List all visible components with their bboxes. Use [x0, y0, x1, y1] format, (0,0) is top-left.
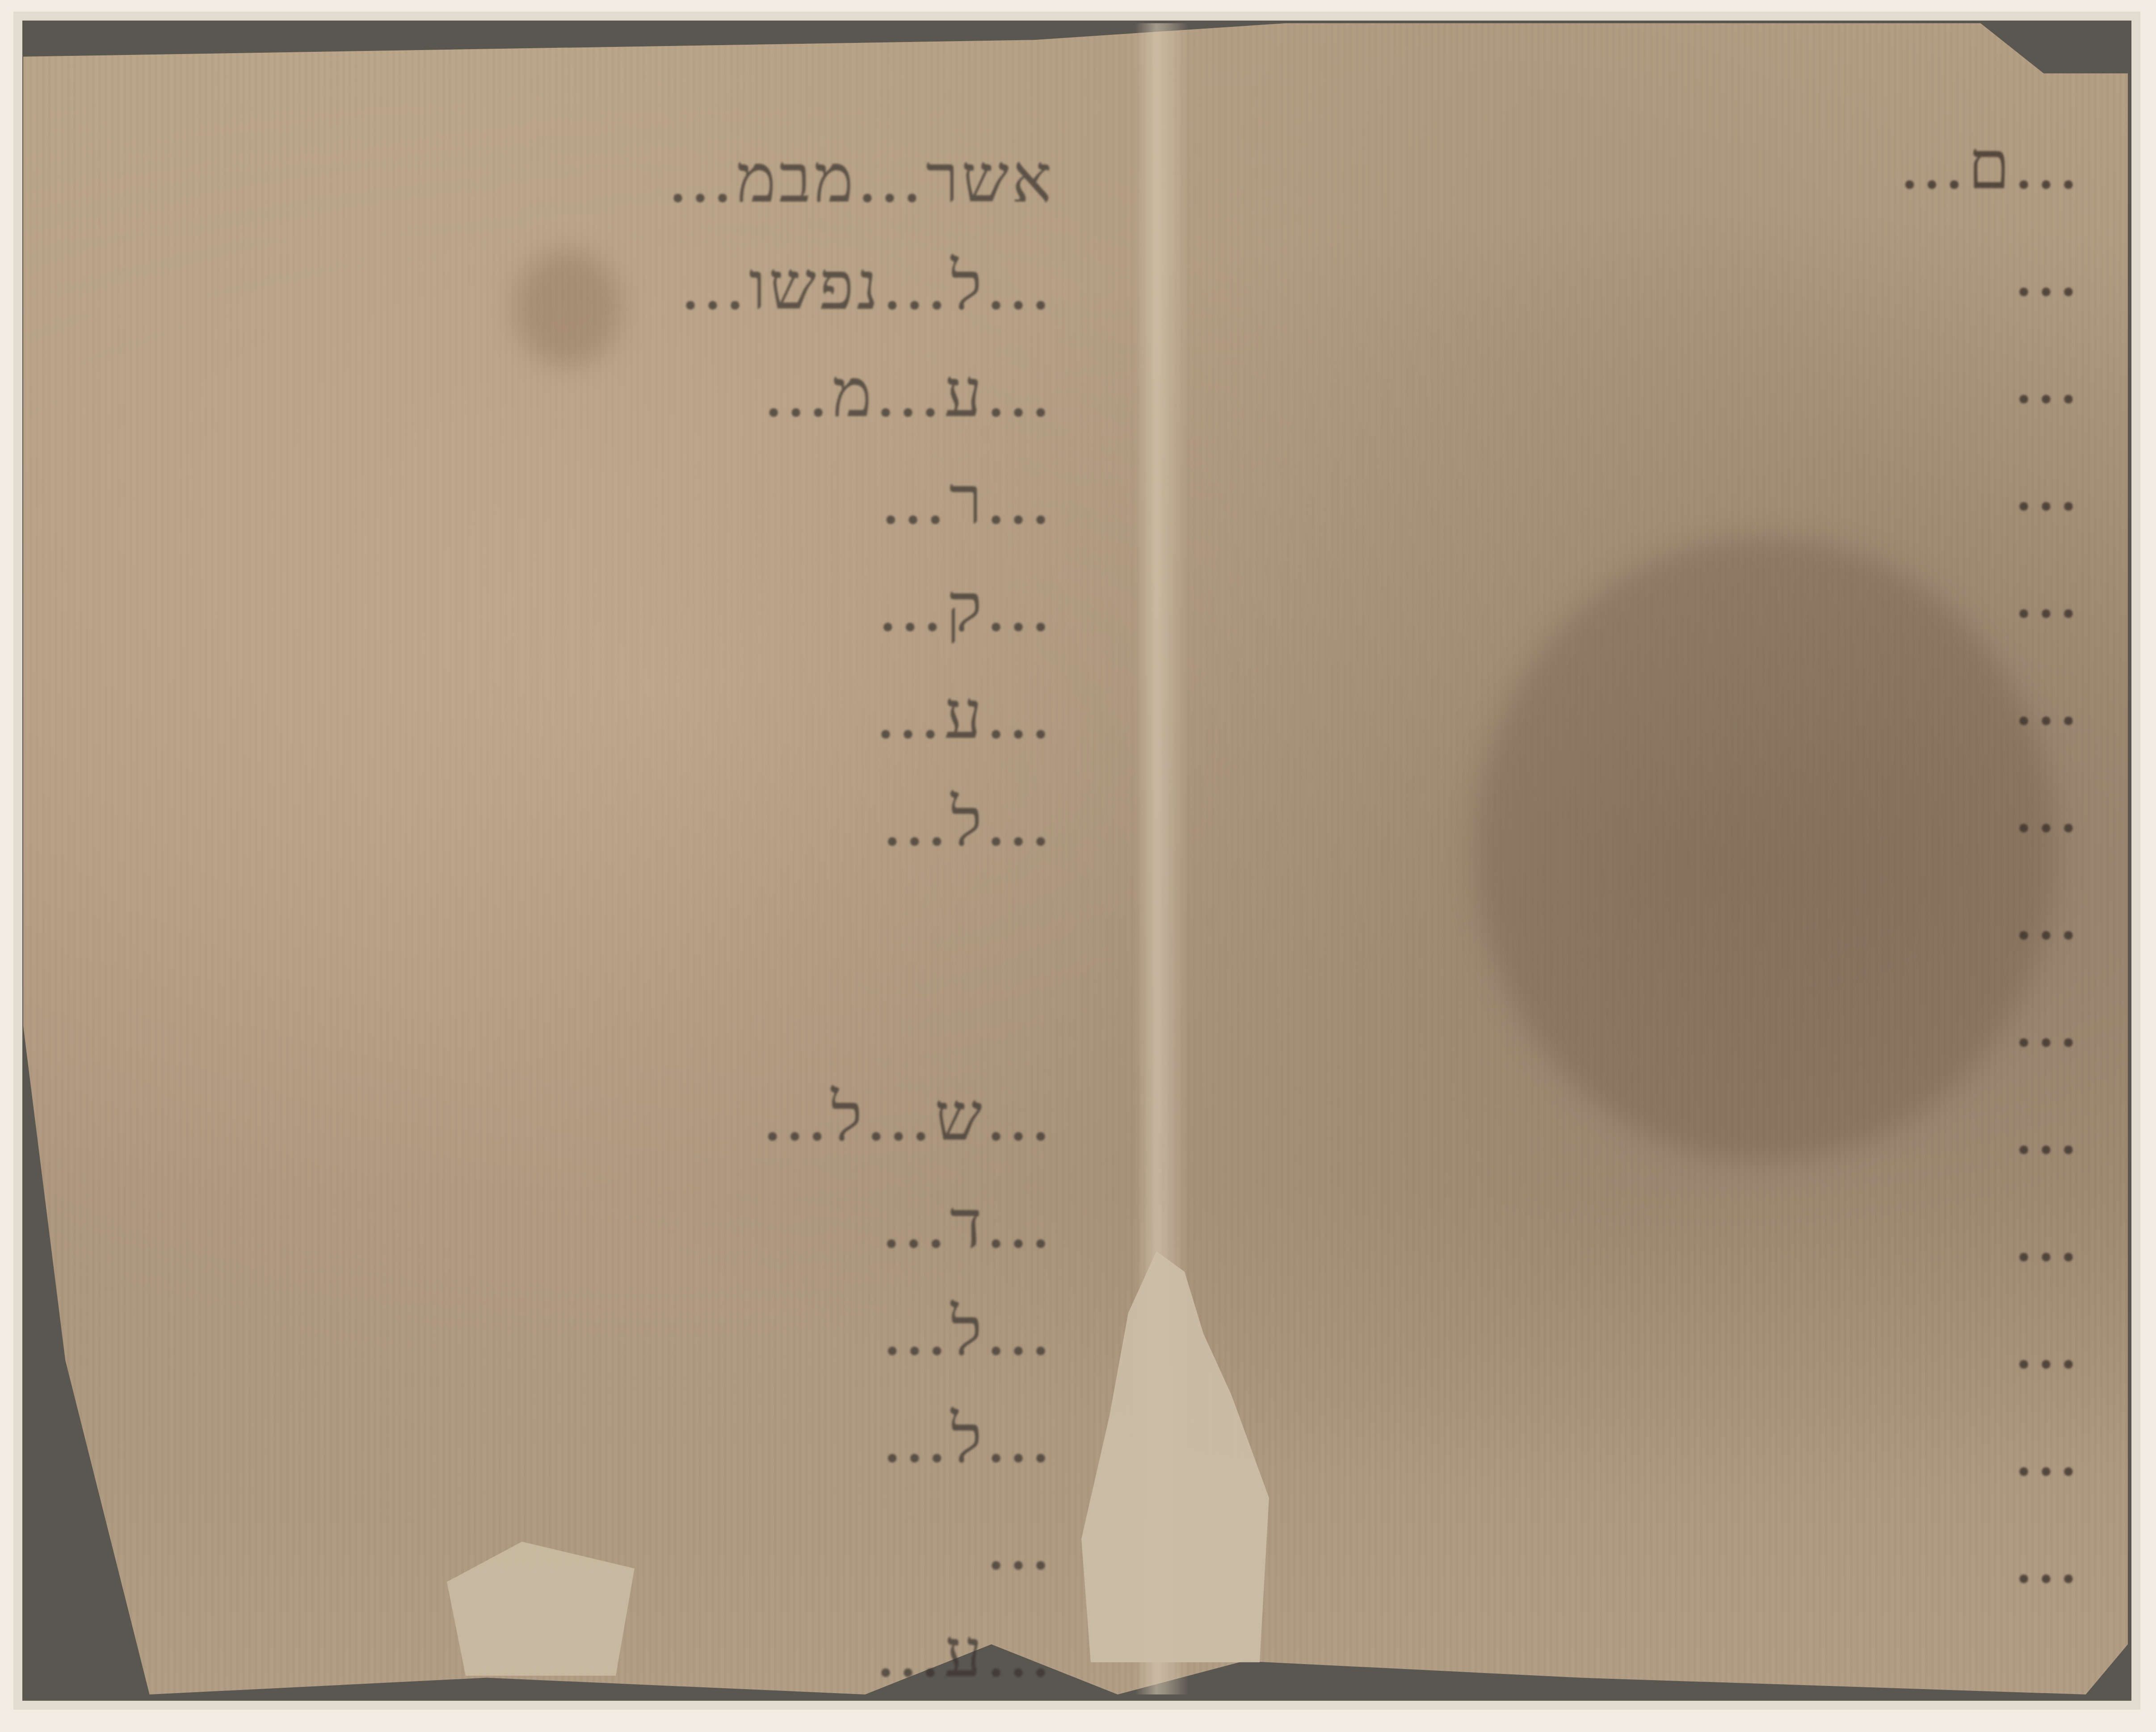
text-column-left: אשר…מבמ… …ל…נפשו… …ע…מ… …ר… …ק… …ע… …ל… … — [71, 125, 1055, 1707]
manuscript-line: …ל… — [71, 769, 1055, 876]
manuscript-line: … — [1189, 862, 2082, 970]
manuscript-line: …ר… — [71, 447, 1055, 554]
manuscript-line: … — [1189, 648, 2082, 755]
manuscript-line: …ל… — [71, 1278, 1055, 1385]
manuscript-line: … — [1189, 1291, 2082, 1399]
manuscript-line: …ל… — [71, 1385, 1055, 1492]
manuscript-line: … — [1189, 433, 2082, 541]
manuscript-line: … — [1189, 219, 2082, 326]
column-gap — [71, 876, 1055, 1064]
manuscript-line: … — [1189, 755, 2082, 862]
manuscript-line: …ק… — [71, 554, 1055, 661]
manuscript-line: …ע…מ… — [71, 340, 1055, 447]
manuscript-line: …ד… — [71, 1171, 1055, 1278]
text-column-right: …ם… … … … … … … … … … … … … … — [1189, 112, 2082, 1613]
manuscript-line: …ש…ל… — [71, 1064, 1055, 1171]
manuscript-line: … — [1189, 326, 2082, 433]
manuscript-line: …ם… — [1189, 112, 2082, 219]
manuscript-line: … — [1189, 1077, 2082, 1184]
manuscript-line: …ל…נפשו… — [71, 232, 1055, 340]
manuscript-line: … — [1189, 541, 2082, 648]
manuscript-line: … — [1189, 970, 2082, 1077]
manuscript-line: אשר…מבמ… — [71, 125, 1055, 232]
manuscript-line: …ע… — [71, 1600, 1055, 1707]
manuscript-line: … — [71, 1492, 1055, 1600]
manuscript-line: … — [1189, 1399, 2082, 1506]
manuscript-line: … — [1189, 1506, 2082, 1613]
manuscript-line: …ע… — [71, 661, 1055, 769]
manuscript-line: … — [1189, 1184, 2082, 1291]
